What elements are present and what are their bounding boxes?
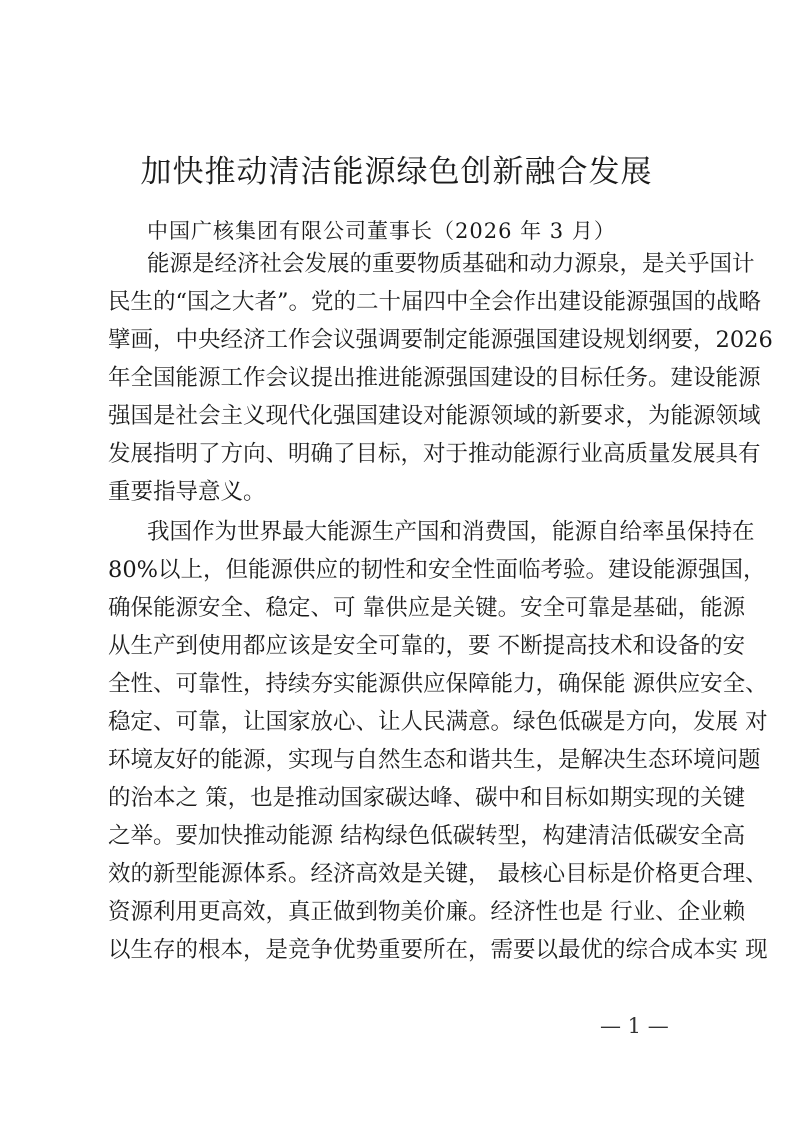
- paragraph-line: 强国是社会主义现代化强国建设对能源领域的新要求，为能源领域: [108, 401, 690, 431]
- paragraph-line: 擘画，中央经济工作会议强调要制定能源强国建设规划纲要，2026: [108, 325, 690, 355]
- paragraph-line: 效的新型能源体系。经济高效是关键， 最核心目标是价格更合理、: [108, 859, 690, 889]
- paragraph-line: 能源是经济社会发展的重要物质基础和动力源泉，是关乎国计: [147, 249, 690, 279]
- paragraph-line: 发展指明了方向、明确了目标，对于推动能源行业高质量发展具有: [108, 439, 690, 469]
- paragraph-line: 稳定、可靠，让国家放心、让人民满意。绿色低碳是方向，发展 对: [108, 707, 690, 737]
- paragraph-line: 我国作为世界最大能源生产国和消费国，能源自给率虽保持在: [147, 517, 690, 547]
- paragraph-line: 80%以上，但能源供应的韧性和安全性面临考验。建设能源强国，: [108, 555, 690, 585]
- paragraph-line: 环境友好的能源，实现与自然生态和谐共生，是解决生态环境问题: [108, 745, 690, 775]
- paragraph-line: 以生存的根本，是竞争优势重要所在，需要以最优的综合成本实 现: [108, 935, 690, 965]
- byline: 中国广核集团有限公司董事长（2026 年 3 月）: [147, 216, 616, 246]
- paragraph-line: 从生产到使用都应该是安全可靠的，要 不断提高技术和设备的安: [108, 631, 690, 661]
- paragraph-line: 之举。要加快推动能源 结构绿色低碳转型，构建清洁低碳安全高: [108, 821, 690, 851]
- page-number: — 1 —: [600, 1014, 669, 1038]
- paragraph-line: 资源利用更高效，真正做到物美价廉。经济性也是 行业、企业赖: [108, 897, 690, 927]
- paragraph-line: 确保能源安全、稳定、可 靠供应是关键。安全可靠是基础，能源: [108, 593, 690, 623]
- paragraph-line: 重要指导意义。: [108, 477, 690, 507]
- paragraph-line: 全性、可靠性，持续夯实能源供应保障能力，确保能 源供应安全、: [108, 669, 690, 699]
- document-title: 加快推动清洁能源绿色创新融合发展: [0, 146, 793, 191]
- paragraph-line: 年全国能源工作会议提出推进能源强国建设的目标任务。建设能源: [108, 363, 690, 393]
- paragraph-line: 民生的“国之大者”。党的二十届四中全会作出建设能源强国的战略: [108, 287, 690, 317]
- paragraph-line: 的治本之 策，也是推动国家碳达峰、碳中和目标如期实现的关键: [108, 783, 690, 813]
